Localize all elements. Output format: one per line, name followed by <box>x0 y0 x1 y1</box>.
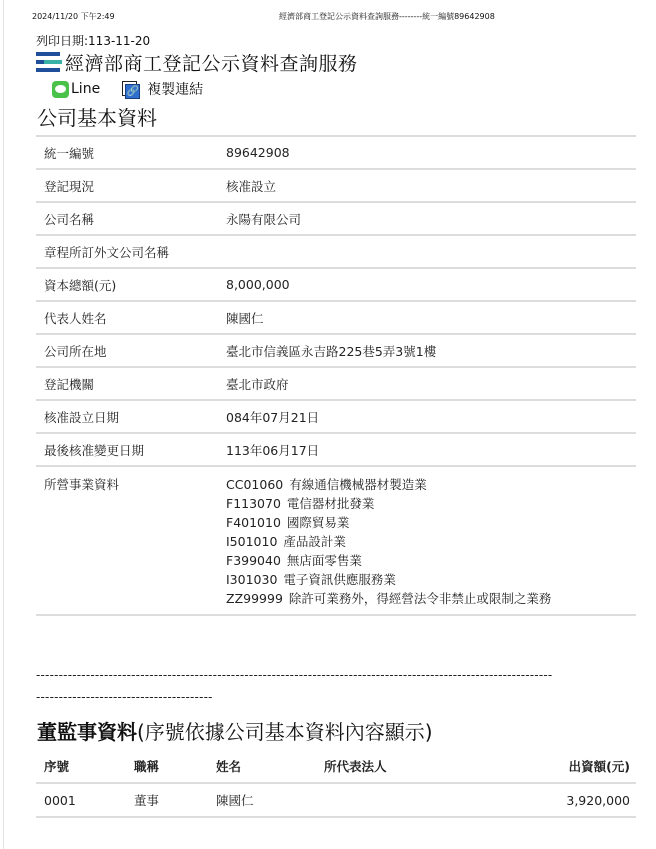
field-label: 核准設立日期 <box>36 400 226 433</box>
cell-name: 陳國仁 <box>216 783 324 817</box>
table-row: 統一編號89642908 <box>36 136 636 169</box>
business-code: I501010 <box>226 532 277 551</box>
business-desc: 電信器材批發業 <box>287 496 375 511</box>
field-label: 資本總額(元) <box>36 268 226 301</box>
share-bar: Line 🔗 複製連結 <box>52 78 203 100</box>
directors-table: 序號 職稱 姓名 所代表法人 出資額(元) 0001 董事 陳國仁 3,920,… <box>36 750 636 818</box>
business-code: I301030 <box>226 570 277 589</box>
print-timestamp: 2024/11/20 下午2:49 <box>32 11 115 22</box>
business-row: 所營事業資料 CC01060有線通信機械器材製造業 F113070電信器材批發業… <box>36 466 636 615</box>
field-label: 公司名稱 <box>36 202 226 235</box>
print-header-title: 經濟部商工登記公示資料查詢服務--------統一編號89642908 <box>279 11 495 22</box>
copy-link-button[interactable]: 複製連結 <box>147 79 203 99</box>
directors-section-title: 董監事資料(序號依據公司基本資料內容顯示) <box>37 716 433 745</box>
table-row: 代表人姓名陳國仁 <box>36 301 636 334</box>
company-section-title: 公司基本資料 <box>37 102 157 131</box>
field-value: 臺北市政府 <box>226 367 636 400</box>
business-desc: 除許可業務外，得經營法令非禁止或限制之業務 <box>289 591 552 606</box>
field-value: 陳國仁 <box>226 301 636 334</box>
field-value: 113年06月17日 <box>226 433 636 466</box>
business-desc: 電子資訊供應服務業 <box>283 572 396 587</box>
field-label: 所營事業資料 <box>36 466 226 615</box>
site-brand: 經濟部商工登記公示資料查詢服務 <box>36 48 358 76</box>
business-desc: 有線通信機械器材製造業 <box>289 477 427 492</box>
share-line-link[interactable]: Line <box>71 81 100 97</box>
copy-link-icon[interactable]: 🔗 <box>122 81 139 98</box>
business-item: I301030電子資訊供應服務業 <box>226 570 636 589</box>
field-label: 登記機關 <box>36 367 226 400</box>
business-item: CC01060有線通信機械器材製造業 <box>226 475 636 494</box>
moea-logo-icon <box>36 49 62 75</box>
cell-seq: 0001 <box>36 783 134 817</box>
column-header: 序號 <box>36 750 134 783</box>
table-row: 公司名稱永陽有限公司 <box>36 202 636 235</box>
table-row: 公司所在地臺北市信義區永吉路225巷5弄3號1樓 <box>36 334 636 367</box>
field-label: 最後核准變更日期 <box>36 433 226 466</box>
cell-represented-entity <box>324 783 494 817</box>
business-code: CC01060 <box>226 475 283 494</box>
column-header: 出資額(元) <box>494 750 636 783</box>
business-desc: 國際貿易業 <box>287 515 350 530</box>
field-label: 代表人姓名 <box>36 301 226 334</box>
table-row: 核准設立日期084年07月21日 <box>36 400 636 433</box>
column-header: 職稱 <box>134 750 216 783</box>
field-label: 登記現況 <box>36 169 226 202</box>
field-label: 統一編號 <box>36 136 226 169</box>
column-header: 所代表法人 <box>324 750 494 783</box>
field-value: 89642908 <box>226 136 636 169</box>
page-edge <box>3 0 4 849</box>
line-icon[interactable] <box>52 81 69 98</box>
field-value <box>226 235 636 268</box>
cell-capital: 3,920,000 <box>494 783 636 817</box>
business-code: F401010 <box>226 513 281 532</box>
field-label: 公司所在地 <box>36 334 226 367</box>
print-header: 2024/11/20 下午2:49 經濟部商工登記公示資料查詢服務-------… <box>0 11 656 25</box>
column-header: 姓名 <box>216 750 324 783</box>
field-value: 核准設立 <box>226 169 636 202</box>
section-separator: ----------------------------------------… <box>36 664 636 708</box>
business-item: F401010國際貿易業 <box>226 513 636 532</box>
table-header-row: 序號 職稱 姓名 所代表法人 出資額(元) <box>36 750 636 783</box>
site-title: 經濟部商工登記公示資料查詢服務 <box>65 49 358 76</box>
table-row: 資本總額(元)8,000,000 <box>36 268 636 301</box>
business-code: ZZ99999 <box>226 589 283 608</box>
business-desc: 產品設計業 <box>283 534 346 549</box>
business-code: F399040 <box>226 551 281 570</box>
business-item: F113070電信器材批發業 <box>226 494 636 513</box>
print-date: 列印日期:113-11-20 <box>36 32 150 49</box>
field-value: 084年07月21日 <box>226 400 636 433</box>
table-row: 最後核准變更日期113年06月17日 <box>36 433 636 466</box>
table-row: 登記現況核准設立 <box>36 169 636 202</box>
field-value: 臺北市信義區永吉路225巷5弄3號1樓 <box>226 334 636 367</box>
business-item: ZZ99999除許可業務外，得經營法令非禁止或限制之業務 <box>226 589 636 608</box>
field-value: 8,000,000 <box>226 268 636 301</box>
cell-title: 董事 <box>134 783 216 817</box>
business-list: CC01060有線通信機械器材製造業 F113070電信器材批發業 F40101… <box>226 466 636 615</box>
table-row: 登記機關臺北市政府 <box>36 367 636 400</box>
business-item: F399040無店面零售業 <box>226 551 636 570</box>
field-label: 章程所訂外文公司名稱 <box>36 235 226 268</box>
table-row: 0001 董事 陳國仁 3,920,000 <box>36 783 636 817</box>
field-value: 永陽有限公司 <box>226 202 636 235</box>
business-item: I501010產品設計業 <box>226 532 636 551</box>
business-desc: 無店面零售業 <box>287 553 362 568</box>
company-info-table: 統一編號89642908 登記現況核准設立 公司名稱永陽有限公司 章程所訂外文公… <box>36 135 636 616</box>
table-row: 章程所訂外文公司名稱 <box>36 235 636 268</box>
business-code: F113070 <box>226 494 281 513</box>
